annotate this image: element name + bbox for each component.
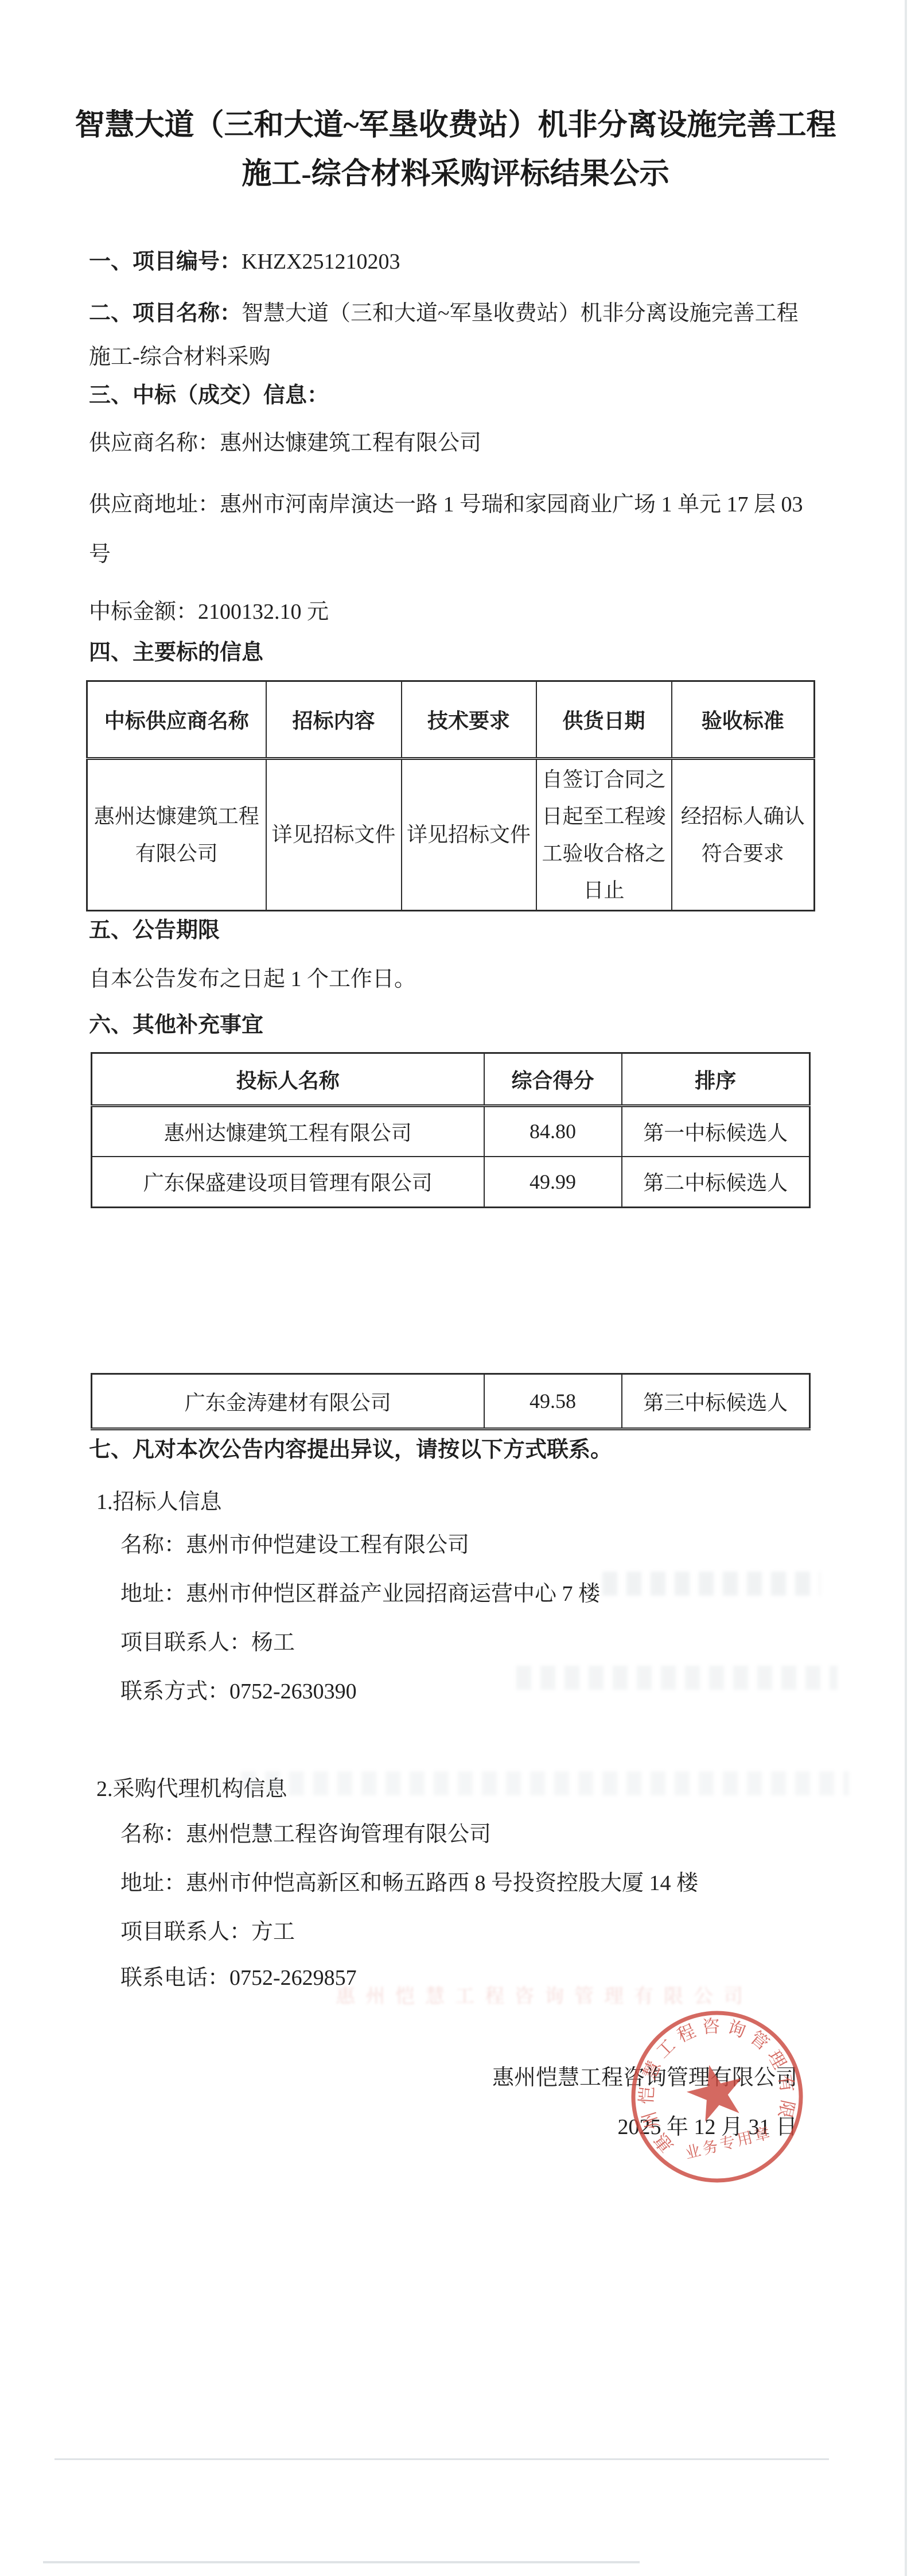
scan-artifact xyxy=(516,1666,838,1690)
scan-artifact xyxy=(602,1572,820,1596)
bidder-person-line: 项目联系人：杨工 xyxy=(120,1630,295,1657)
signature-company: 惠州恺慧工程咨询管理有限公司 xyxy=(492,2059,797,2091)
cell-score-2: 49.99 xyxy=(484,1157,622,1208)
main-subject-heading: 四、主要标的信息 xyxy=(89,639,263,667)
cell-bid-content: 详见招标文件 xyxy=(266,759,402,911)
cell-score-1: 84.80 xyxy=(484,1106,622,1157)
scan-edge-artifact xyxy=(905,0,907,2576)
agency-phone-line: 联系电话：0752-2629857 xyxy=(120,1965,357,1992)
seal-ring xyxy=(616,1995,819,2198)
supplier-address-line2: 号 xyxy=(89,541,111,569)
objection-heading: 七、凡对本次公告内容提出异议，请按以下方式联系。 xyxy=(89,1437,612,1464)
cell-tech: 详见招标文件 xyxy=(402,759,536,911)
bidder-name-line: 名称：惠州市仲恺建设工程有限公司 xyxy=(120,1532,469,1559)
project-number-value: KHZX251210203 xyxy=(242,250,400,274)
score-row-3: 广东金涛建材有限公司 49.58 第三中标候选人 xyxy=(92,1374,810,1429)
cell-delivery: 自签订合同之日起至工程竣工验收合格之日止 xyxy=(536,759,672,911)
cell-rank-1: 第一中标候选人 xyxy=(622,1106,810,1157)
project-name-value: 智慧大道（三和大道~军垦收费站）机非分离设施完善工程 xyxy=(242,301,799,325)
col-header-delivery: 供货日期 xyxy=(536,681,672,759)
notice-period-heading: 五、公告期限 xyxy=(89,917,220,945)
notice-period-text: 自本公告发布之日起 1 个工作日。 xyxy=(89,966,416,994)
supplier-address-line1: 供应商地址：惠州市河南岸演达一路 1 号瑞和家园商业广场 1 单元 17 层 0… xyxy=(89,491,803,519)
project-name-label: 二、项目名称： xyxy=(89,301,242,325)
col-header-bid-content: 招标内容 xyxy=(266,681,402,759)
col-header-tech: 技术要求 xyxy=(402,681,536,759)
bidder-phone-line: 联系方式：0752-2630390 xyxy=(120,1678,357,1706)
cell-bidder-1: 惠州达慷建筑工程有限公司 xyxy=(92,1106,484,1157)
project-name-line2: 施工-综合材料采购 xyxy=(89,344,271,371)
cell-bidder-3: 广东金涛建材有限公司 xyxy=(92,1374,484,1429)
score-row-2: 广东保盛建设项目管理有限公司 49.99 第二中标候选人 xyxy=(92,1157,810,1208)
cell-score-3: 49.58 xyxy=(484,1374,622,1429)
seal-ghost-print: 惠州恺慧工程咨询管理有限公司 xyxy=(336,1980,795,2005)
bidder-contact-heading: 1.招标人信息 xyxy=(96,1489,222,1516)
col-header-supplier: 中标供应商名称 xyxy=(87,681,266,759)
document-title-line1: 智慧大道（三和大道~军垦收费站）机非分离设施完善工程 xyxy=(0,100,911,143)
supplier-name-line: 供应商名称：惠州达慷建筑工程有限公司 xyxy=(89,430,481,457)
scan-smudge-artifact xyxy=(54,2458,829,2460)
col-header-score: 综合得分 xyxy=(484,1053,622,1106)
project-name-line: 二、项目名称：智慧大道（三和大道~军垦收费站）机非分离设施完善工程 xyxy=(89,300,799,328)
project-number-label: 一、项目编号： xyxy=(89,250,242,274)
bidder-address-line: 地址：惠州市仲恺区群益产业园招商运营中心 7 楼 xyxy=(120,1581,600,1608)
project-number-line: 一、项目编号：KHZX251210203 xyxy=(89,249,400,276)
company-seal-stamp: 惠州恺慧工程咨询管理有限公司 业务专用章 xyxy=(609,1989,825,2205)
agency-person-line: 项目联系人：方工 xyxy=(120,1919,295,1946)
main-subject-header-row: 中标供应商名称 招标内容 技术要求 供货日期 验收标准 xyxy=(87,681,815,759)
scan-artifact xyxy=(241,1771,849,1795)
col-header-bidder: 投标人名称 xyxy=(92,1053,484,1106)
agency-address-line: 地址：惠州市仲恺高新区和畅五路西 8 号投资控股大厦 14 楼 xyxy=(120,1870,698,1898)
cell-rank-3: 第三中标候选人 xyxy=(622,1374,810,1429)
score-table-continued: 广东金涛建材有限公司 49.58 第三中标候选人 xyxy=(91,1373,811,1430)
score-table: 投标人名称 综合得分 排序 惠州达慷建筑工程有限公司 84.80 第一中标候选人… xyxy=(91,1052,811,1208)
cell-rank-2: 第二中标候选人 xyxy=(622,1157,810,1208)
col-header-rank: 排序 xyxy=(622,1053,810,1106)
col-header-acceptance: 验收标准 xyxy=(672,681,815,759)
score-header-row: 投标人名称 综合得分 排序 xyxy=(92,1053,810,1106)
cell-bidder-2: 广东保盛建设项目管理有限公司 xyxy=(92,1157,484,1208)
cell-acceptance: 经招标人确认符合要求 xyxy=(672,759,815,911)
main-subject-table: 中标供应商名称 招标内容 技术要求 供货日期 验收标准 惠州达慷建筑工程有限公司… xyxy=(86,680,815,911)
score-row-1: 惠州达慷建筑工程有限公司 84.80 第一中标候选人 xyxy=(92,1106,810,1157)
other-matters-heading: 六、其他补充事宜 xyxy=(89,1012,263,1039)
signature-date: 2025 年 12 月 31 日 xyxy=(617,2109,797,2140)
company-seal-svg: 惠州恺慧工程咨询管理有限公司 业务专用章 xyxy=(609,1989,825,2205)
scan-smudge-artifact xyxy=(43,2561,640,2563)
award-amount-line: 中标金额：2100132.10 元 xyxy=(89,599,329,626)
main-subject-data-row: 惠州达慷建筑工程有限公司 详见招标文件 详见招标文件 自签订合同之日起至工程竣工… xyxy=(87,759,815,911)
agency-name-line: 名称：惠州恺慧工程咨询管理有限公司 xyxy=(120,1821,491,1849)
cell-supplier: 惠州达慷建筑工程有限公司 xyxy=(87,759,266,911)
award-info-heading: 三、中标（成交）信息： xyxy=(89,382,329,410)
document-page: 智慧大道（三和大道~军垦收费站）机非分离设施完善工程 施工-综合材料采购评标结果… xyxy=(0,0,911,2576)
document-title-line2: 施工-综合材料采购评标结果公示 xyxy=(0,149,911,192)
